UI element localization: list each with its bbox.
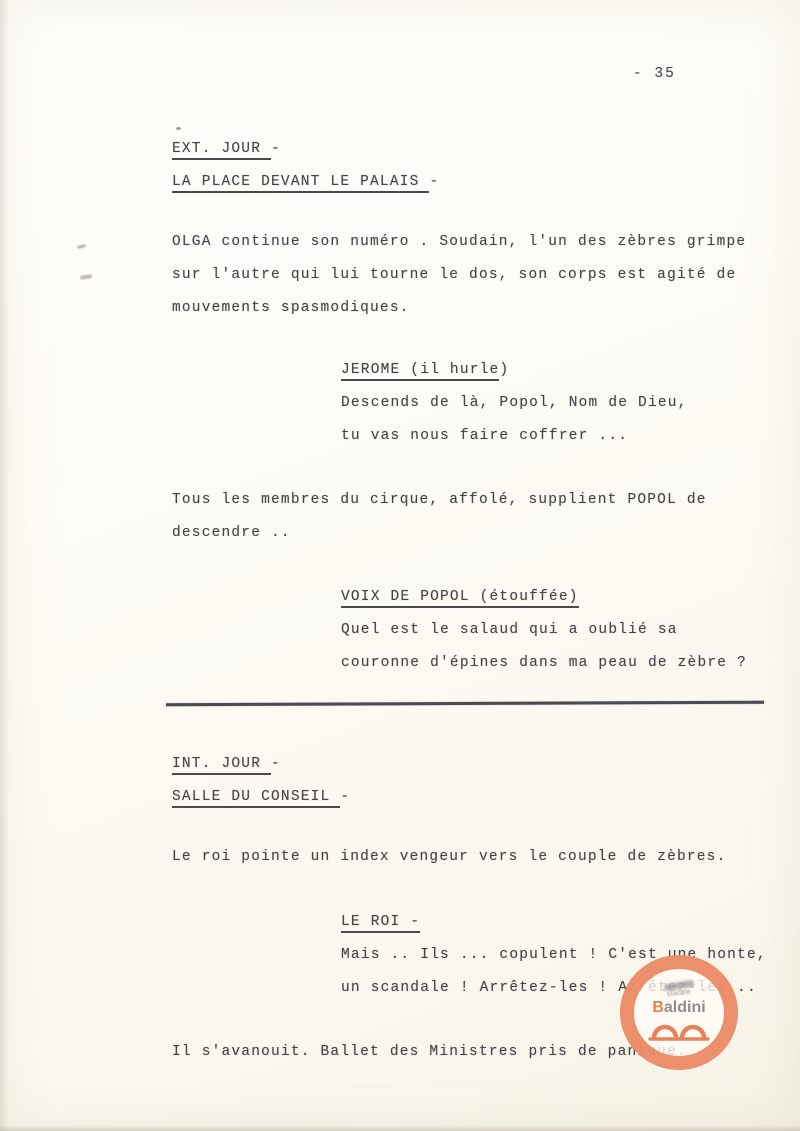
slugline-dash: - bbox=[429, 174, 439, 190]
dialogue-line: couronne d'épines dans ma peau de zèbre … bbox=[341, 647, 747, 680]
section-divider bbox=[166, 701, 764, 706]
dialogue-jerome: JEROME (il hurle) Descends de là, Popol,… bbox=[341, 354, 688, 453]
cue-text: JEROME (il hurle bbox=[341, 362, 499, 381]
scene2-slugline: INT. JOUR - SALLE DU CONSEIL - bbox=[172, 748, 350, 814]
scene2-action-2: Il s'avanouit. Ballet des Ministres pris… bbox=[172, 1036, 687, 1069]
dialogue-line: Quel est le salaud qui a oublié sa bbox=[341, 614, 747, 647]
action-line: descendre .. bbox=[172, 517, 707, 550]
dialogue-line: tu vas nous faire coffrer ... bbox=[341, 420, 688, 453]
slugline-line: SALLE DU CONSEIL - bbox=[172, 781, 350, 814]
slugline-text: LA PLACE DEVANT LE PALAIS bbox=[172, 174, 429, 193]
scan-smudge bbox=[80, 274, 92, 280]
open-book-icon bbox=[648, 1018, 710, 1043]
scene1-action-1: OLGA continue son numéro . Soudain, l'un… bbox=[172, 226, 746, 325]
slugline-dash: - bbox=[340, 789, 350, 805]
character-cue: VOIX DE POPOL (étouffée) bbox=[341, 581, 747, 614]
dialogue-voix-de-popol: VOIX DE POPOL (étouffée) Quel est le sal… bbox=[341, 581, 747, 680]
slugline-text: INT. JOUR bbox=[172, 756, 271, 775]
character-cue: JEROME (il hurle) bbox=[341, 354, 688, 387]
slugline-line: INT. JOUR - bbox=[172, 748, 350, 781]
character-cue: LE ROI - bbox=[341, 906, 767, 939]
cue-text: VOIX DE POPOL (étouffée) bbox=[341, 589, 579, 608]
slugline-line: LA PLACE DEVANT LE PALAIS - bbox=[172, 166, 439, 199]
scene1-slugline: EXT. JOUR - LA PLACE DEVANT LE PALAIS - bbox=[172, 133, 439, 199]
scene1-action-2: Tous les membres du cirque, affolé, supp… bbox=[172, 484, 707, 550]
slugline-dash: - bbox=[271, 141, 281, 157]
brand-rest: aldini bbox=[664, 999, 706, 1016]
cue-text: LE ROI - bbox=[341, 914, 420, 933]
slugline-dash: - bbox=[271, 756, 281, 772]
scan-smudge bbox=[77, 244, 86, 249]
watermark-content: statale Baldini bbox=[634, 969, 724, 1056]
page-number: - 35 bbox=[633, 66, 676, 82]
action-line: OLGA continue son numéro . Soudain, l'un… bbox=[172, 226, 746, 259]
action-line: Le roi pointe un index vengeur vers le c… bbox=[172, 841, 726, 874]
slugline-line: EXT. JOUR - bbox=[172, 133, 439, 166]
slugline-text: EXT. JOUR bbox=[172, 141, 271, 160]
watermark-small-text: statale bbox=[667, 989, 692, 999]
slugline-text: SALLE DU CONSEIL bbox=[172, 789, 340, 808]
action-line: mouvements spasmodiques. bbox=[172, 292, 746, 325]
action-line: Tous les membres du cirque, affolé, supp… bbox=[172, 484, 707, 517]
dialogue-line: Descends de là, Popol, Nom de Dieu, bbox=[341, 387, 688, 420]
action-line: sur l'autre qui lui tourne le dos, son c… bbox=[172, 259, 746, 292]
watermark-brand: Baldini bbox=[652, 999, 705, 1016]
action-line: Il s'avanouit. Ballet des Ministres pris… bbox=[172, 1036, 687, 1069]
cue-rest: ) bbox=[499, 362, 509, 378]
scene2-action-1: Le roi pointe un index vengeur vers le c… bbox=[172, 841, 726, 874]
ink-speck bbox=[176, 127, 181, 130]
brand-initial: B bbox=[652, 999, 664, 1016]
baldini-watermark: statale Baldini bbox=[620, 955, 738, 1070]
screenplay-page: - 35 EXT. JOUR - LA PLACE DEVANT LE PALA… bbox=[0, 0, 800, 1131]
